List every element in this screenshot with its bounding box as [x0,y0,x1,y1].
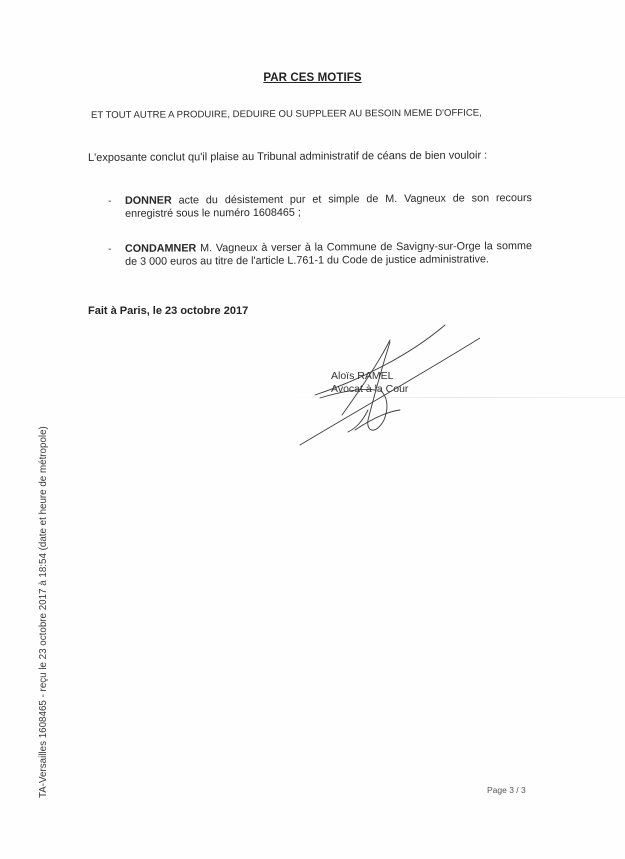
intro-paragraph: L'exposante conclut qu'il plaise au Trib… [88,150,487,164]
signatory-name: Aloïs RAMEL [331,370,408,383]
bullet-dash: - [108,195,112,208]
signature-block: Aloïs RAMEL Avocat à la Cour [331,370,408,396]
request-item: - CONDAMNER M. Vagneux à verser à la Com… [108,240,532,268]
request-keyword: DONNER [125,195,172,207]
signatory-role: Avocat à la Cour [331,383,408,396]
scan-artifact-line [290,397,625,398]
request-item: - DONNER acte du désistement pur et simp… [108,192,532,220]
page-number: Page 3 / 3 [487,785,526,795]
bullet-dash: - [108,243,112,256]
request-text-line2: de 3 000 euros au titre de l'article L.7… [125,253,532,268]
request-keyword: CONDAMNER [125,242,196,254]
place-date: Fait à Paris, le 23 octobre 2017 [88,305,248,317]
registry-stamp: TA-Versailles 1608465 - reçu le 23 octob… [38,426,49,798]
document-page: PAR CES MOTIFS ET TOUT AUTRE A PRODUIRE,… [0,0,625,859]
request-text-line1: M. Vagneux à verser à la Commune de Savi… [196,240,532,254]
section-title: PAR CES MOTIFS [0,72,625,84]
general-clause: ET TOUT AUTRE A PRODUIRE, DEDUIRE OU SUP… [91,108,482,121]
request-text-line1: acte du désistement pur et simple de M. … [172,192,532,207]
request-text-line2: enregistré sous le numéro 1608465 ; [125,205,532,220]
